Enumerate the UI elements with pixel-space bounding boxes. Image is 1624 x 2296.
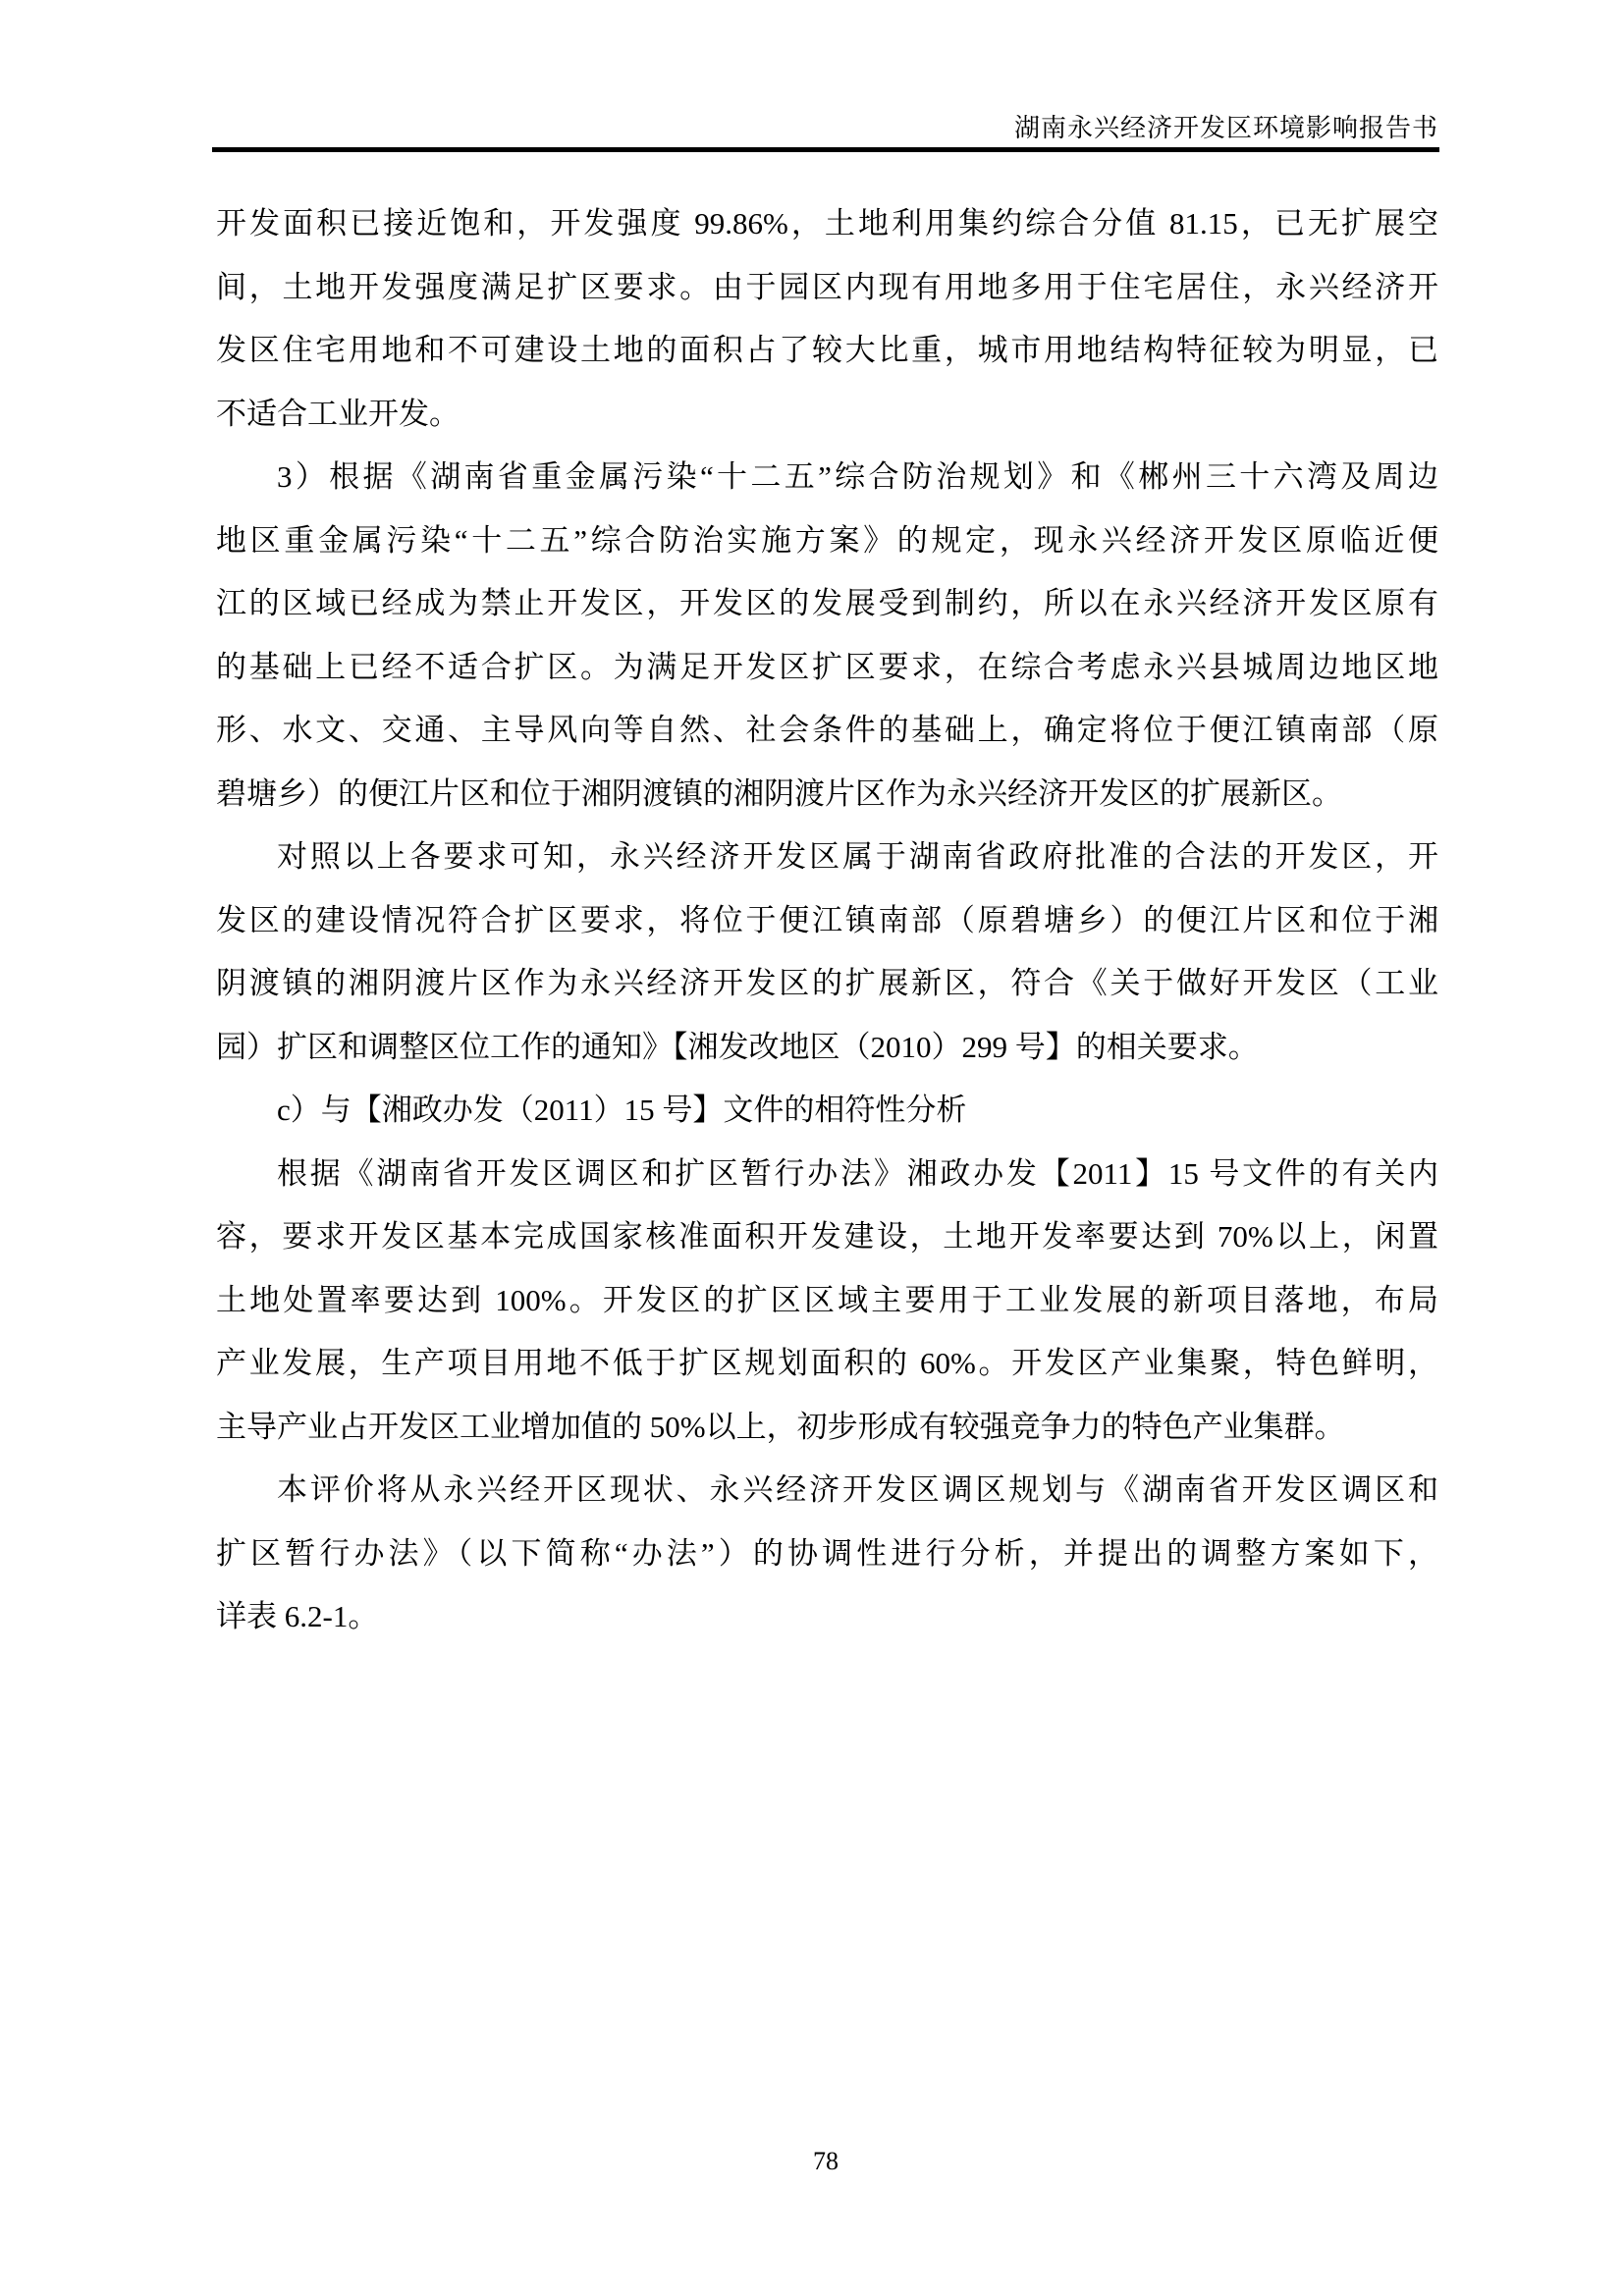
body-line: 阴渡镇的湘阴渡片区作为永兴经济开发区的扩展新区，符合《关于做好开发区（工业 [216, 952, 1438, 1016]
body-line: 3）根据《湖南省重金属污染“十二五”综合防治规划》和《郴州三十六湾及周边 [216, 446, 1438, 509]
body-line: 开发面积已接近饱和，开发强度 99.86%，土地利用集约综合分值 81.15，已… [216, 192, 1438, 256]
body-line: 发区住宅用地和不可建设土地的面积占了较大比重，城市用地结构特征较为明显，已 [216, 319, 1438, 383]
body-line: 地区重金属污染“十二五”综合防治实施方案》的规定，现永兴经济开发区原临近便 [216, 509, 1438, 573]
body-line: 不适合工业开发。 [216, 383, 1438, 447]
body-text-block: 开发面积已接近饱和，开发强度 99.86%，土地利用集约综合分值 81.15，已… [216, 192, 1438, 1649]
body-line: 形、水文、交通、主导风向等自然、社会条件的基础上，确定将位于便江镇南部（原 [216, 699, 1438, 763]
document-page: 湖南永兴经济开发区环境影响报告书 开发面积已接近饱和，开发强度 99.86%，土… [0, 0, 1624, 2296]
body-line: 产业发展，生产项目用地不低于扩区规划面积的 60%。开发区产业集聚，特色鲜明， [216, 1332, 1438, 1396]
body-line: 的基础上已经不适合扩区。为满足开发区扩区要求，在综合考虑永兴县城周边地区地 [216, 636, 1438, 700]
body-line: 容，要求开发区基本完成国家核准面积开发建设，土地开发率要达到 70%以上，闲置 [216, 1205, 1438, 1269]
body-line: 详表 6.2-1。 [216, 1585, 1438, 1649]
body-line: 碧塘乡）的便江片区和位于湘阴渡镇的湘阴渡片区作为永兴经济开发区的扩展新区。 [216, 763, 1438, 827]
page-number: 78 [213, 2146, 1438, 2177]
header-rule [212, 147, 1439, 152]
body-line: 根据《湖南省开发区调区和扩区暂行办法》湘政办发【2011】15 号文件的有关内 [216, 1143, 1438, 1206]
body-line: 江的区域已经成为禁止开发区，开发区的发展受到制约，所以在永兴经济开发区原有 [216, 572, 1438, 636]
body-line: 发区的建设情况符合扩区要求，将位于便江镇南部（原碧塘乡）的便江片区和位于湘 [216, 889, 1438, 953]
body-line: c）与【湘政办发（2011）15 号】文件的相符性分析 [216, 1079, 1438, 1143]
body-line: 土地处置率要达到 100%。开发区的扩区区域主要用于工业发展的新项目落地，布局 [216, 1269, 1438, 1333]
body-line: 主导产业占开发区工业增加值的 50%以上，初步形成有较强竞争力的特色产业集群。 [216, 1396, 1438, 1460]
report-header-title: 湖南永兴经济开发区环境影响报告书 [213, 112, 1438, 145]
body-line: 扩区暂行办法》（以下简称“办法”）的协调性进行分析，并提出的调整方案如下， [216, 1522, 1438, 1586]
body-line: 间，土地开发强度满足扩区要求。由于园区内现有用地多用于住宅居住，永兴经济开 [216, 256, 1438, 320]
body-line: 对照以上各要求可知，永兴经济开发区属于湖南省政府批准的合法的开发区，开 [216, 826, 1438, 889]
body-line: 本评价将从永兴经开区现状、永兴经济开发区调区规划与《湖南省开发区调区和 [216, 1459, 1438, 1522]
body-line: 园）扩区和调整区位工作的通知》【湘发改地区（2010）299 号】的相关要求。 [216, 1016, 1438, 1080]
